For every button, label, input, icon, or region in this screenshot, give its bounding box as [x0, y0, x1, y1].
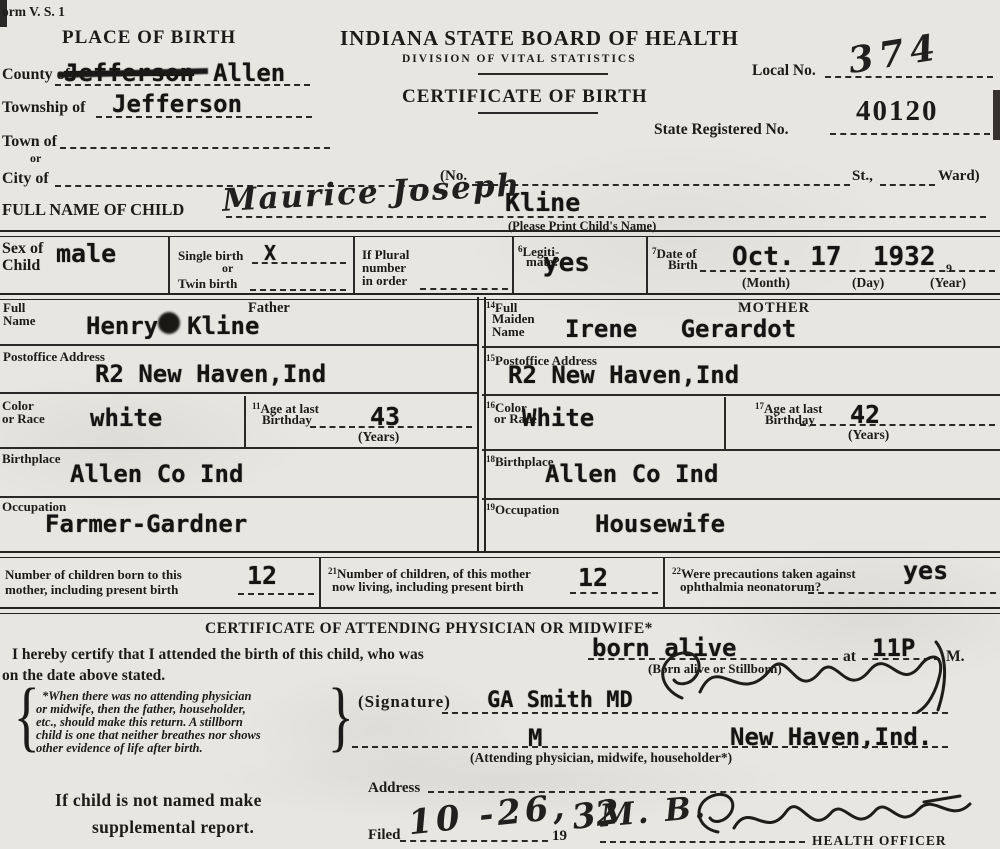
- state-registered-no-value: 40120: [856, 95, 939, 128]
- father-name-underline: [0, 344, 477, 346]
- town-line[interactable]: [60, 147, 330, 149]
- rule-under-title: [478, 112, 598, 114]
- children-row-divider-2: [663, 557, 665, 607]
- physician-footnote-line-5: other evidence of life after birth.: [36, 742, 203, 755]
- single-birth-label: Single birth: [178, 249, 243, 262]
- father-birthplace-underline: [0, 496, 477, 498]
- plural-line[interactable]: [420, 288, 508, 290]
- dob-label-2: Birth: [668, 258, 698, 271]
- state-registered-no-label: State Registered No.: [654, 121, 788, 139]
- mother-race-value: White: [522, 406, 594, 430]
- sex-row-divider-3: [512, 236, 514, 294]
- twin-birth-label: Twin birth: [178, 277, 237, 290]
- mother-age-sup: 17: [755, 401, 764, 411]
- father-age-unit: (Years): [358, 430, 399, 443]
- mother-po-sup: 15: [486, 353, 495, 363]
- children-row-divider-1: [319, 557, 321, 607]
- local-no-label: Local No.: [752, 62, 816, 80]
- rule-below-parents: [0, 551, 1000, 558]
- precautions-line[interactable]: [808, 592, 996, 594]
- ward-line[interactable]: [880, 184, 935, 186]
- right-brace-icon: }: [328, 686, 354, 746]
- mother-race-age-divider: [724, 397, 726, 450]
- physician-name-typed: GA Smith MD: [487, 690, 633, 712]
- physician-title: CERTIFICATE OF ATTENDING PHYSICIAN OR MI…: [205, 620, 653, 638]
- attending-note: (Attending physician, midwife, household…: [470, 751, 732, 764]
- unnamed-note-line-2: supplemental report.: [92, 817, 254, 838]
- mother-birthplace-underline: [482, 498, 1000, 500]
- parents-center-divider: [477, 297, 486, 553]
- father-occupation-value: Farmer-Gardner: [45, 512, 247, 536]
- sex-row-divider-2: [353, 236, 355, 294]
- children-born-value: 12: [247, 563, 277, 588]
- father-po-label: Postoffice Address: [3, 350, 105, 363]
- health-officer-label: HEALTH OFFICER: [812, 833, 947, 849]
- filed-year-preprint: 19: [552, 828, 567, 845]
- local-no-value: 374: [846, 29, 944, 79]
- township-line[interactable]: [96, 116, 312, 118]
- st-label: St.,: [852, 168, 873, 185]
- dob-month-note: (Month): [742, 276, 790, 289]
- mother-race-sup: 16: [486, 400, 495, 410]
- precautions-label-1: 22Were precautions taken against: [672, 565, 856, 580]
- sex-row-divider-4: [646, 236, 648, 294]
- mother-name-label-3: Name: [492, 325, 525, 338]
- sex-value: male: [56, 241, 116, 266]
- address-label: Address: [368, 780, 420, 797]
- children-born-line[interactable]: [238, 593, 314, 595]
- child-name-label: FULL NAME OF CHILD: [2, 200, 184, 220]
- children-living-value: 12: [578, 565, 608, 590]
- mother-birthplace-label: 18Birthplace: [486, 453, 554, 468]
- child-surname-typed: Kline: [505, 190, 580, 215]
- children-living-label-1: 21Number of children, of this mother: [328, 565, 531, 580]
- children-living-line[interactable]: [570, 592, 658, 594]
- rule-under-division: [478, 73, 608, 75]
- physician-signature-scribble: [648, 640, 960, 720]
- or-word: or: [30, 152, 41, 165]
- father-age-sup: 11: [252, 401, 261, 411]
- street-line[interactable]: [472, 184, 850, 186]
- mother-occupation-value: Housewife: [595, 512, 725, 536]
- place-of-birth-heading: PLACE OF BIRTH: [62, 27, 236, 49]
- sex-row-divider-1: [168, 236, 170, 294]
- mother-po-value: R2 New Haven,Ind: [508, 363, 739, 387]
- ward-label: Ward): [938, 168, 980, 185]
- division-subtitle: DIVISION OF VITAL STATISTICS: [402, 53, 637, 65]
- rule-above-sex-row: [0, 230, 1000, 237]
- father-race-underline: [0, 447, 477, 449]
- mother-name-underline: [482, 346, 1000, 348]
- precautions-label-2: ophthalmia neonatorum?: [680, 580, 821, 593]
- mother-birthplace-value: Allen Co Ind: [545, 462, 718, 486]
- child-name-handwritten: Maurice Joseph: [221, 170, 521, 217]
- scan-artifact-right-edge: [993, 90, 1000, 140]
- father-race-label-2: or Race: [2, 412, 45, 425]
- legitimate-value: yes: [543, 250, 590, 276]
- mother-age-unit: (Years): [848, 428, 889, 441]
- precautions-sup: 22: [672, 566, 681, 576]
- birth-certificate-scan: orm V. S. 1 PLACE OF BIRTH INDIANA STATE…: [0, 0, 1000, 849]
- father-race-value: white: [90, 406, 162, 430]
- child-name-line[interactable]: [226, 216, 986, 218]
- twin-birth-line[interactable]: [250, 289, 346, 291]
- town-label: Town of: [2, 133, 57, 151]
- father-po-value: R2 New Haven,Ind: [95, 362, 326, 386]
- father-po-underline: [0, 392, 477, 394]
- signature-label: (Signature): [358, 692, 451, 712]
- father-birthplace-value: Allen Co Ind: [70, 462, 243, 486]
- ink-blot: [158, 312, 180, 334]
- children-living-label-2: now living, including present birth: [332, 580, 524, 593]
- father-birthplace-label: Birthplace: [2, 452, 61, 465]
- father-age-label-2: Birthday: [262, 413, 312, 426]
- state-registered-no-line[interactable]: [830, 133, 990, 135]
- mother-age-line[interactable]: [800, 424, 995, 426]
- plural-label-3: in order: [362, 274, 407, 287]
- dob-value: Oct. 17 1932: [732, 244, 936, 270]
- mother-name-value: Irene Gerardot: [565, 317, 796, 341]
- form-number: orm V. S. 1: [2, 4, 65, 20]
- mother-occupation-sup: 19: [486, 502, 495, 512]
- township-label: Township of: [2, 99, 85, 117]
- children-living-sup: 21: [328, 566, 337, 576]
- children-born-label-1: Number of children born to this: [5, 568, 182, 581]
- father-name-label-2: Name: [3, 314, 36, 327]
- attendant-line[interactable]: [352, 746, 948, 748]
- certificate-title: CERTIFICATE OF BIRTH: [402, 86, 648, 108]
- mother-race-underline: [482, 449, 1000, 451]
- filed-date-handwritten: 10 -26,: [407, 790, 570, 841]
- certify-text-pre: I hereby certify that I attended the bir…: [12, 646, 424, 664]
- mother-po-underline: [482, 394, 1000, 396]
- father-race-age-divider: [244, 396, 246, 448]
- unnamed-note-line-1: If child is not named make: [55, 790, 262, 811]
- single-or-word: or: [222, 262, 233, 275]
- single-birth-mark: X: [264, 243, 276, 263]
- dob-year-preprint: 9: [946, 262, 952, 275]
- township-value: Jefferson: [112, 92, 242, 116]
- mother-name-sup: 14: [486, 300, 495, 310]
- father-age-line[interactable]: [310, 426, 472, 428]
- dob-day-note: (Day): [852, 276, 884, 289]
- filed-label: Filed: [368, 827, 401, 844]
- sex-label-2: Child: [2, 257, 40, 275]
- rule-below-children: [0, 607, 1000, 614]
- county-value: Allen: [213, 61, 285, 85]
- org-title: INDIANA STATE BOARD OF HEALTH: [340, 26, 739, 51]
- children-born-label-2: mother, including present birth: [5, 583, 178, 596]
- sex-label-1: Sex of: [2, 240, 43, 258]
- dob-year-note: (Year): [930, 276, 966, 289]
- mother-birthplace-sup: 18: [486, 454, 495, 464]
- mother-occupation-label: 19Occupation: [486, 501, 559, 516]
- city-label: City of: [2, 170, 49, 188]
- precautions-value: yes: [903, 558, 948, 583]
